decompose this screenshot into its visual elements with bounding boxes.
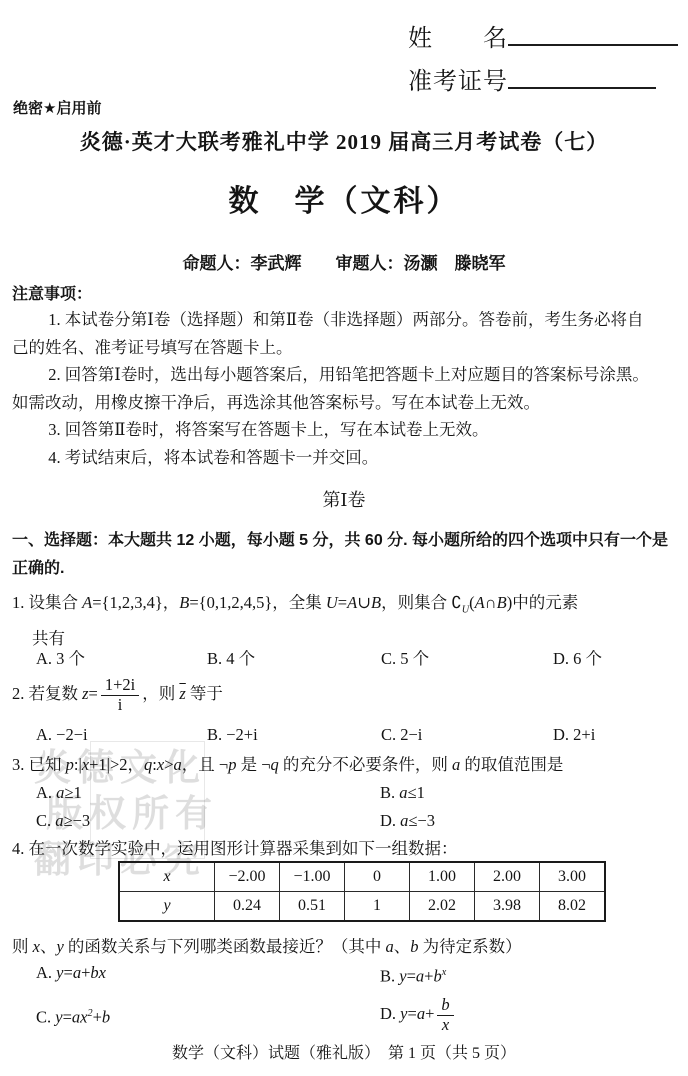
table-cell: −2.00 [215,862,280,892]
q4-option-c: C. y=ax2+b [36,988,110,1044]
q3-option-a: A. a≥1 [36,779,82,807]
q3-option-b: B. a≤1 [380,779,425,807]
question-2-options: A. −2−i B. −2+i C. 2−i D. 2+i [12,721,676,749]
q2-option-d: D. 2+i [553,721,595,749]
table-cell: 8.02 [540,892,606,922]
q1-option-b: B. 4 个 [207,645,255,673]
q4-option-b: B. y=a+bx [380,959,446,991]
section-1-title: 第Ⅰ卷 [0,486,688,512]
question-4-options-row-1: A. y=a+bx B. y=a+bx [12,959,676,987]
secrecy-label: 绝密★启用前 [13,97,101,118]
notice-title: 注意事项： [12,281,92,304]
choice-section-instruction: 一、选择题：本大题共 12 小题，每小题 5 分，共 60 分. 每小题所给的四… [12,527,676,583]
table-cell: 0 [345,862,410,892]
name-blank-line [508,22,678,46]
question-4-options-row-2: C. y=ax2+b D. y=a+bx [12,988,676,1040]
q2-option-a: A. −2−i [36,721,88,749]
exam-paper-page: 炎德文化 版权所有 翻印必究 姓 名 准考证号 绝密★启用前 炎德·英才大联考雅… [0,0,688,1076]
table-cell: 3.98 [475,892,540,922]
table-cell: 3.00 [540,862,606,892]
admission-field-row: 准考证号 [408,61,656,96]
table-row-label-y: y [119,892,215,922]
question-2-stem: 2. 若复数 z=1+2ii，则 z 等于 [12,670,676,718]
name-field-row: 姓 名 [408,18,678,53]
page-footer: 数学（文科）试题（雅礼版） 第 1 页（共 5 页） [0,1040,688,1063]
notice-item-4: 4. 考试结束后，将本试卷和答题卡一并交回。 [12,444,676,472]
q4-data-table: x −2.00 −1.00 0 1.00 2.00 3.00 y 0.24 0.… [118,861,606,922]
notice-list: 1. 本试卷分第Ⅰ卷（选择题）和第Ⅱ卷（非选择题）两部分。答卷前，考生务必将自己… [12,306,676,471]
question-1-options: A. 3 个 B. 4 个 C. 5 个 D. 6 个 [12,645,676,673]
notice-item-3: 3. 回答第Ⅱ卷时，将答案写在答题卡上，写在本试卷上无效。 [12,416,676,444]
table-cell: 0.24 [215,892,280,922]
question-4-followup: 则 x、y 的函数关系与下列哪类函数最接近？（其中 a、b 为待定系数） [12,932,676,961]
table-cell: −1.00 [280,862,345,892]
notice-item-2: 2. 回答第Ⅰ卷时，选出每小题答案后，用铅笔把答题卡上对应题目的答案标号涂黑。如… [12,361,676,416]
q4-option-d: D. y=a+bx [380,988,457,1040]
q4-option-a: A. y=a+bx [36,959,106,987]
table-cell: 2.00 [475,862,540,892]
table-cell: 0.51 [280,892,345,922]
subject-title: 数 学（文科） [0,176,688,220]
table-row-y: y 0.24 0.51 1 2.02 3.98 8.02 [119,892,605,922]
table-cell: 2.02 [410,892,475,922]
admission-label: 准考证号 [408,69,508,95]
table-row-x: x −2.00 −1.00 0 1.00 2.00 3.00 [119,862,605,892]
notice-item-1: 1. 本试卷分第Ⅰ卷（选择题）和第Ⅱ卷（非选择题）两部分。答卷前，考生务必将自己… [12,306,676,361]
name-label: 姓 名 [408,26,508,52]
table-cell: 1.00 [410,862,475,892]
question-3-options-row-1: A. a≥1 B. a≤1 [12,779,676,807]
q2-option-b: B. −2+i [207,721,258,749]
q1-option-d: D. 6 个 [553,645,602,673]
q2-option-c: C. 2−i [381,721,422,749]
admission-blank-line [508,65,656,89]
question-3-stem: 3. 已知 p:|x+1|>2，q:x>a，且 ¬p 是 ¬q 的充分不必要条件… [12,750,676,779]
question-4-stem: 4. 在一次数学实验中，运用图形计算器采集到如下一组数据： [12,834,676,863]
q3-option-c: C. a≥−3 [36,807,90,835]
authors-line: 命题人：李武辉 审题人：汤灏 滕晓军 [0,249,688,274]
table-row-label-x: x [119,862,215,892]
question-3-options-row-2: C. a≥−3 D. a≤−3 [12,807,676,835]
exam-title: 炎德·英才大联考雅礼中学 2019 届高三月考试卷（七） [0,126,688,156]
q3-option-d: D. a≤−3 [380,807,435,835]
q1-option-c: C. 5 个 [381,645,429,673]
question-1-stem: 1. 设集合 A={1,2,3,4}，B={0,1,2,4,5}，全集 U=A∪… [12,588,676,653]
q1-option-a: A. 3 个 [36,645,85,673]
table-cell: 1 [345,892,410,922]
